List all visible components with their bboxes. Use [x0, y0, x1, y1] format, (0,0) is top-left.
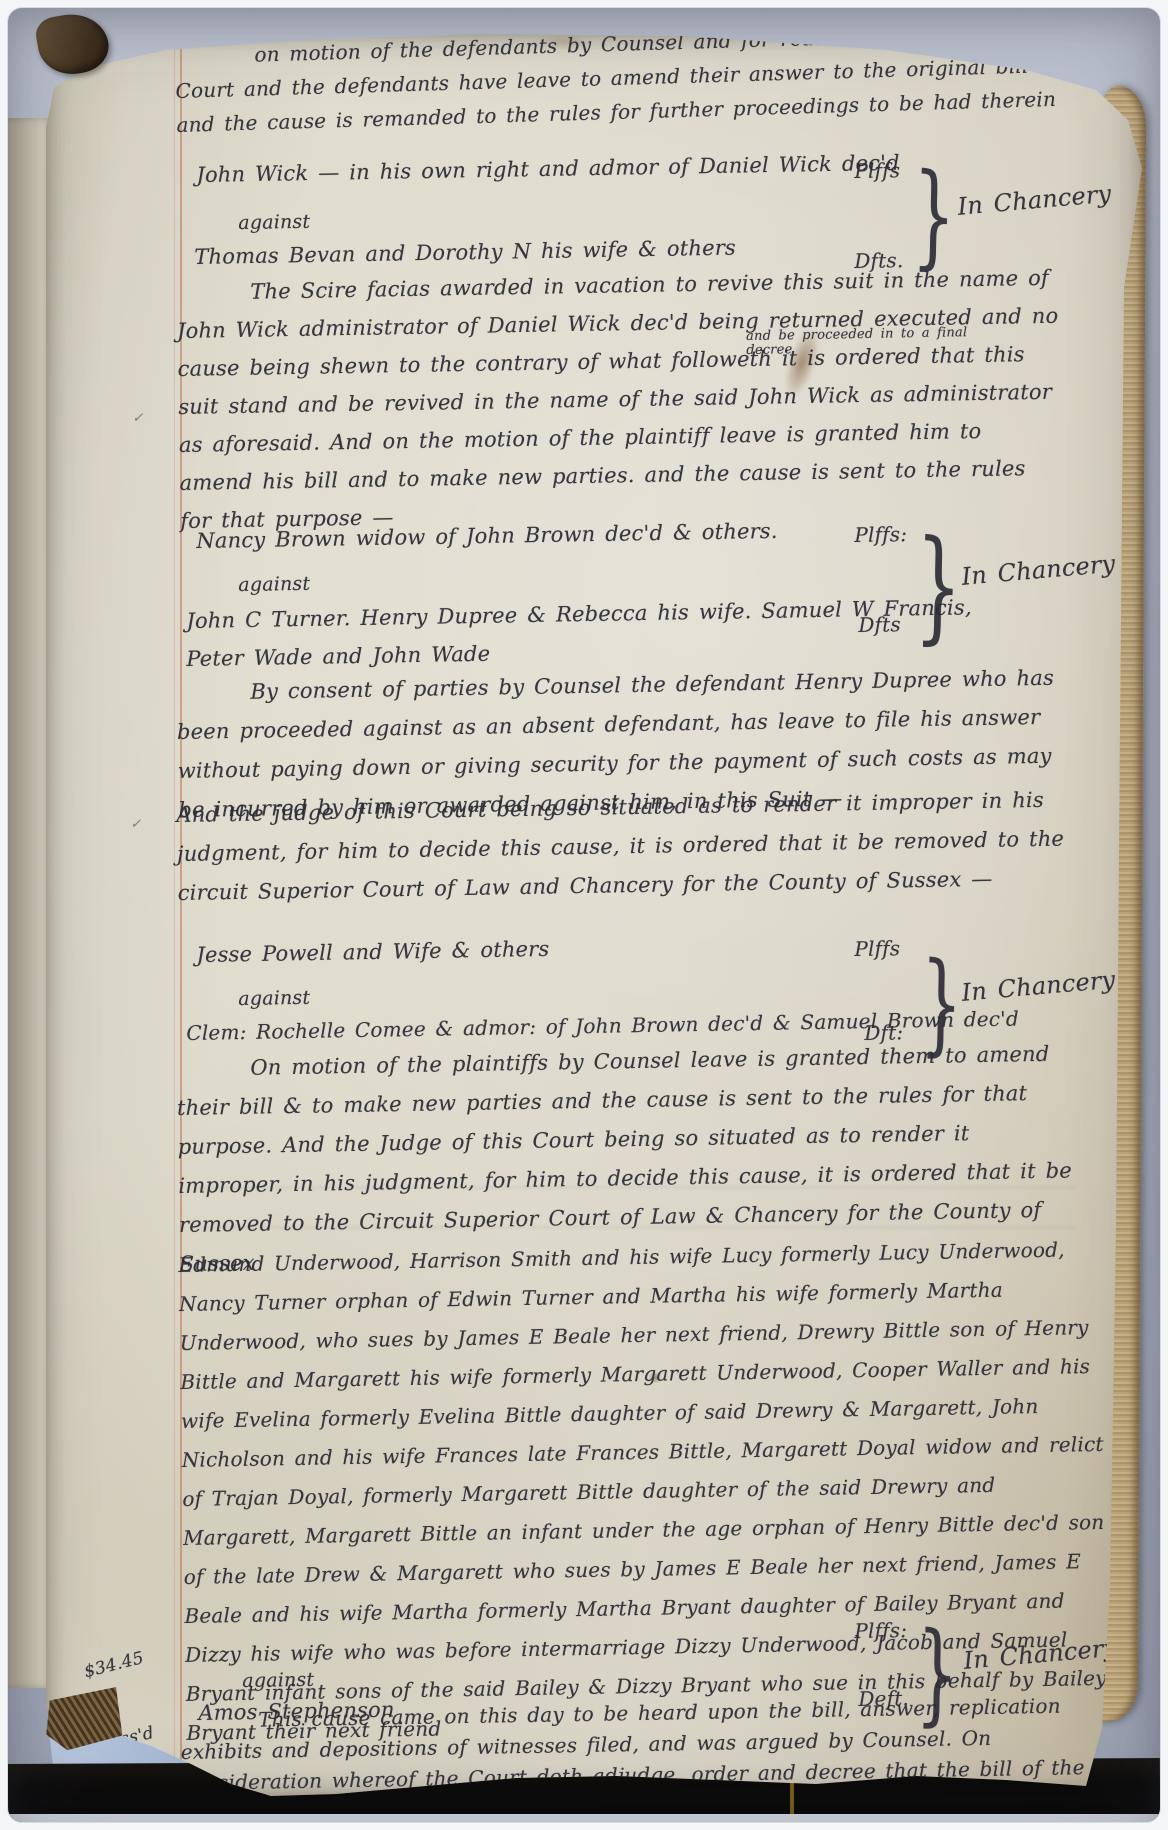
margin-tick: ✓	[132, 400, 144, 438]
case3-in-chancery-label: In Chancery	[960, 961, 1117, 1012]
case2-in-chancery-label: In Chancery	[960, 545, 1117, 596]
continuation-paragraph: on motion of the defendants by Counsel a…	[174, 14, 1069, 142]
case2-against-label: against	[238, 565, 311, 604]
photo-backdrop: on motion of the defendants by Counsel a…	[8, 8, 1160, 1822]
case3-plaintiffs-label: Plffs	[854, 929, 901, 968]
case2-chancery-brace-icon	[914, 524, 963, 649]
case1-plaintiffs-label: Plffs	[854, 151, 901, 190]
case1-order-body: The Scire facias awarded in vacation to …	[176, 259, 1065, 540]
margin-tick: ✓	[130, 806, 142, 844]
floor-strip	[8, 1814, 1160, 1822]
case1-chancery-brace-icon	[911, 159, 957, 274]
margin-rule-faint	[174, 28, 175, 1800]
case4-plaintiffs-label: Plffs:	[854, 1611, 908, 1650]
case2-removal-order: And the judge of this Court being so sit…	[176, 780, 1072, 913]
margin-note-amount: $34.45	[80, 1639, 148, 1691]
case2-plaintiffs-label: Plffs:	[854, 515, 908, 554]
case3-plaintiffs: Jesse Powell and Wife & others	[196, 925, 837, 974]
manuscript-page: on motion of the defendants by Counsel a…	[46, 28, 1150, 1800]
case1-in-chancery-label: In Chancery	[956, 175, 1113, 226]
case2-defendants-label: Dfts	[858, 605, 901, 644]
case1-plaintiffs: John Wick — in his own right and admor o…	[196, 145, 847, 194]
